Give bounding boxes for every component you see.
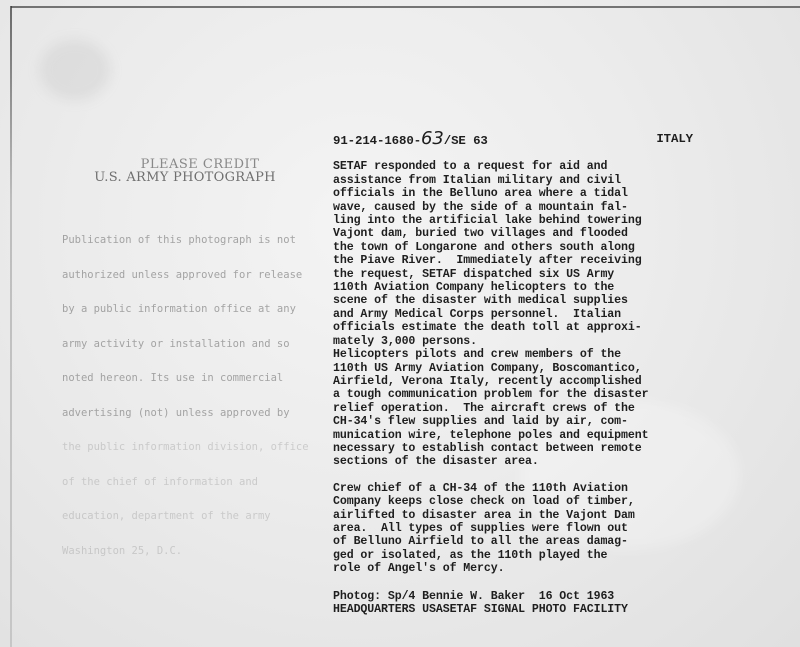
- publication-notice: Publication of this photograph is not au…: [62, 212, 312, 580]
- text-line: and Army Medical Corps personnel. Italia…: [333, 308, 753, 321]
- paragraph-2: Helicopters pilots and crew members of t…: [333, 348, 753, 469]
- text-line: 110th Aviation Company helicopters to th…: [333, 281, 753, 294]
- notice-line: education, department of the army: [62, 511, 312, 523]
- photographer-line: Photog: Sp/4 Bennie W. Baker 16 Oct 1963: [333, 590, 753, 603]
- credit-stamp: PLEASE CREDIT U.S. ARMY PHOTOGRAPH: [60, 158, 310, 184]
- paragraph-3: Crew chief of a CH-34 of the 110th Aviat…: [333, 482, 753, 576]
- text-line: a tough communication problem for the di…: [333, 388, 753, 401]
- stamp-line-1: PLEASE CREDIT: [60, 158, 310, 171]
- text-line: Helicopters pilots and crew members of t…: [333, 348, 753, 361]
- text-line: assistance from Italian military and civ…: [333, 174, 753, 187]
- text-line: the Piave River. Immediately after recei…: [333, 254, 753, 267]
- notice-line: the public information division, office: [62, 442, 312, 454]
- text-line: of Belluno Airfield to all the areas dam…: [333, 535, 753, 548]
- file-number: 91-214-1680-63/SE 63: [333, 133, 488, 148]
- text-line: Crew chief of a CH-34 of the 110th Aviat…: [333, 482, 753, 495]
- notice-line: noted hereon. Its use in commercial: [62, 373, 312, 385]
- notice-line: advertising (not) unless approved by: [62, 408, 312, 420]
- handwritten-number: 63: [421, 128, 444, 149]
- notice-line: by a public information office at any: [62, 304, 312, 316]
- text-line: the request, SETAF dispatched six US Arm…: [333, 268, 753, 281]
- text-line: role of Angel's of Mercy.: [333, 562, 753, 575]
- text-line: area. All types of supplies were flown o…: [333, 522, 753, 535]
- text-line: Airfield, Verona Italy, recently accompl…: [333, 375, 753, 388]
- caption-text: 91-214-1680-63/SE 63 ITALY SETAF respond…: [333, 133, 753, 616]
- text-line: SETAF responded to a request for aid and: [333, 160, 753, 173]
- notice-line: of the chief of information and: [62, 477, 312, 489]
- text-line: airlifted to disaster area in the Vajont…: [333, 509, 753, 522]
- caption-header: 91-214-1680-63/SE 63 ITALY: [333, 133, 693, 148]
- file-number-prefix: 91-214-1680-: [333, 134, 421, 148]
- paragraph-1: SETAF responded to a request for aid and…: [333, 160, 753, 348]
- country-label: ITALY: [656, 133, 693, 148]
- file-number-suffix: /SE 63: [444, 134, 488, 148]
- text-line: sections of the disaster area.: [333, 455, 753, 468]
- text-line: Vajont dam, buried two villages and floo…: [333, 227, 753, 240]
- text-line: officials in the Belluno area where a ti…: [333, 187, 753, 200]
- photo-credit: Photog: Sp/4 Bennie W. Baker 16 Oct 1963…: [333, 590, 753, 617]
- smudge: [40, 40, 110, 100]
- paper-edge-left: [10, 6, 12, 647]
- stamp-line-2: U.S. ARMY PHOTOGRAPH: [60, 171, 310, 184]
- facility-line: HEADQUARTERS USASETAF SIGNAL PHOTO FACIL…: [333, 603, 753, 616]
- notice-line: army activity or installation and so: [62, 339, 312, 351]
- text-line: munication wire, telephone poles and equ…: [333, 429, 753, 442]
- paper-edge-top: [11, 6, 800, 8]
- text-line: Company keeps close check on load of tim…: [333, 495, 753, 508]
- text-line: ged or isolated, as the 110th played the: [333, 549, 753, 562]
- paragraph-gap: [333, 469, 753, 482]
- text-line: necessary to establish contact between r…: [333, 442, 753, 455]
- text-line: the town of Longarone and others south a…: [333, 241, 753, 254]
- text-line: ling into the artificial lake behind tow…: [333, 214, 753, 227]
- text-line: wave, caused by the side of a mountain f…: [333, 201, 753, 214]
- text-line: 110th US Army Aviation Company, Boscoman…: [333, 362, 753, 375]
- text-line: officials estimate the death toll at app…: [333, 321, 753, 334]
- notice-line: authorized unless approved for release: [62, 270, 312, 282]
- credit-gap: [333, 576, 753, 590]
- notice-line: Washington 25, D.C.: [62, 546, 312, 558]
- text-line: CH-34's flew supplies and laid by air, c…: [333, 415, 753, 428]
- document-page: PLEASE CREDIT U.S. ARMY PHOTOGRAPH Publi…: [0, 0, 800, 647]
- text-line: relief operation. The aircraft crews of …: [333, 402, 753, 415]
- notice-line: Publication of this photograph is not: [62, 235, 312, 247]
- text-line: scene of the disaster with medical suppl…: [333, 294, 753, 307]
- text-line: mately 3,000 persons.: [333, 335, 753, 348]
